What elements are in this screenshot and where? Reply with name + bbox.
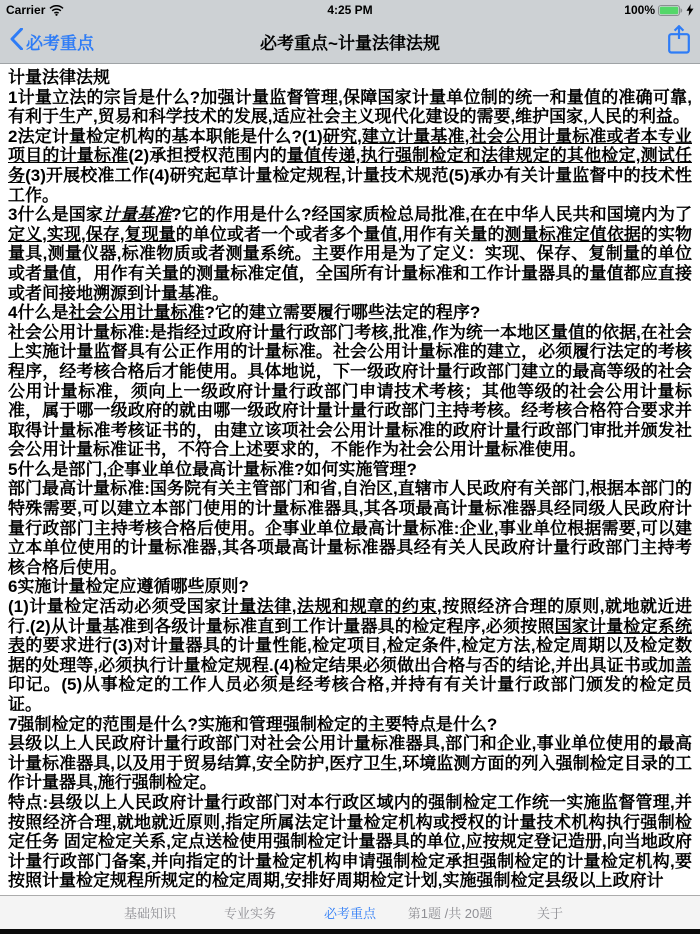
paragraph: 社会公用计量标准:是指经过政府计量行政部门考核,批准,作为统一本地区量值的依据,… (8, 323, 692, 460)
paragraph: 计量法律法规 (8, 68, 692, 88)
wifi-icon (49, 5, 64, 16)
navigation-bar: 必考重点 必考重点~计量法律法规 (0, 20, 700, 64)
back-button[interactable]: 必考重点 (10, 28, 94, 55)
content-text: 计量法律法规1计量立法的宗旨是什么?加强计量监督管理,保障国家计量单位制的统一和… (8, 68, 692, 891)
tab-item-0[interactable]: 基础知识 (100, 903, 200, 922)
paragraph: 7强制检定的范围是什么?实施和管理强制检定的主要特点是什么? (8, 715, 692, 735)
document-content[interactable]: 计量法律法规1计量立法的宗旨是什么?加强计量监督管理,保障国家计量单位制的统一和… (0, 64, 700, 895)
bottom-tab-bar: 基础知识专业实务必考重点第1题 /共 20题关于 (0, 895, 700, 929)
share-button[interactable] (668, 25, 690, 59)
paragraph: 3什么是国家计量基准?它的作用是什么?经国家质检总局批准,在在中华人民共和国境内… (8, 205, 692, 303)
battery-full-charging-icon (658, 5, 683, 16)
paragraph: (1)计量检定活动必须受国家计量法律,法规和规章的约束,按照经济合理的原则,就地… (8, 597, 692, 715)
paragraph: 6实施计量检定应遵循哪些原则? (8, 577, 692, 597)
tab-item-3[interactable]: 第1题 /共 20题 (400, 903, 500, 922)
paragraph: 部门最高计量标准:国务院有关主管部门和省,自治区,直辖市人民政府有关部门,根据本… (8, 479, 692, 577)
chevron-left-icon (10, 28, 23, 55)
screen-bottom-strip (0, 929, 700, 934)
clock: 4:25 PM (226, 3, 474, 17)
charging-bolt-icon (686, 4, 694, 16)
paragraph: 特点:县级以上人民政府计量行政部门对本行政区域内的强制检定工作统一实施监督管理,… (8, 793, 692, 891)
paragraph: 2法定计量检定机构的基本职能是什么?(1)研究,建立计量基准,社会公用计量标准或… (8, 127, 692, 205)
tab-item-1[interactable]: 专业实务 (200, 903, 300, 922)
back-button-label: 必考重点 (26, 29, 94, 54)
tab-item-2[interactable]: 必考重点 (300, 903, 400, 922)
carrier-label: Carrier (6, 3, 45, 17)
paragraph: 4什么是社会公用计量标准?它的建立需要履行哪些法定的程序? (8, 303, 692, 323)
paragraph: 1计量立法的宗旨是什么?加强计量监督管理,保障国家计量单位制的统一和量值的准确可… (8, 88, 692, 127)
page-title: 必考重点~计量法律法规 (0, 29, 700, 54)
tab-item-4[interactable]: 关于 (500, 903, 600, 922)
paragraph: 县级以上人民政府计量行政部门对社会公用计量标准器具,部门和企业,事业单位使用的最… (8, 734, 692, 793)
status-bar: Carrier 4:25 PM 100% (0, 0, 700, 20)
battery-percent-label: 100% (624, 3, 655, 17)
paragraph: 5什么是部门,企事业单位最高计量标准?如何实施管理? (8, 460, 692, 480)
share-icon (668, 25, 690, 59)
